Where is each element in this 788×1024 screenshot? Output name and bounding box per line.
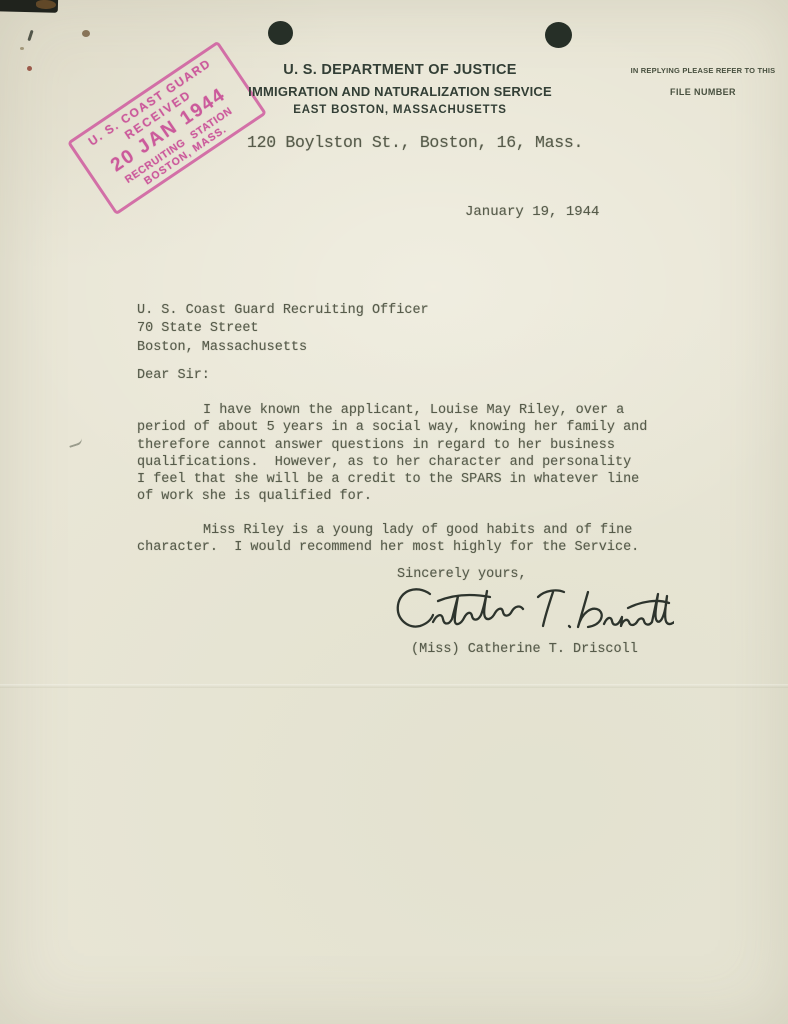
letterhead-service: IMMIGRATION AND NATURALIZATION SERVICE (240, 84, 560, 99)
received-stamp: U. S. COAST GUARD RECEIVED 20 JAN 1944 R… (67, 41, 267, 216)
file-reference-line2: FILE NUMBER (618, 87, 788, 97)
body-line: I have known the applicant, Louise May R… (137, 402, 647, 419)
body-line: Miss Riley is a young lady of good habit… (137, 522, 639, 539)
body-paragraph-2: Miss Riley is a young lady of good habit… (137, 522, 639, 557)
recipient-address: U. S. Coast Guard Recruiting Officer 70 … (137, 302, 429, 357)
salutation: Dear Sir: (137, 368, 210, 383)
pencil-tick (27, 30, 33, 41)
hole-punch-right (545, 22, 572, 48)
body-line: qualifications. However, as to her chara… (137, 454, 647, 471)
closing-phrase: Sincerely yours, (397, 567, 527, 582)
foxing-spot (27, 66, 32, 71)
letter-date: January 19, 1944 (465, 204, 599, 220)
body-line: of work she is qualified for. (137, 488, 647, 505)
recipient-line: U. S. Coast Guard Recruiting Officer (137, 302, 429, 320)
letterhead: U. S. DEPARTMENT OF JUSTICE IMMIGRATION … (240, 62, 560, 116)
typed-signature: (Miss) Catherine T. Driscoll (411, 642, 638, 657)
file-reference-line1: IN REPLYING PLEASE REFER TO THIS (618, 66, 788, 75)
foxing-spot (20, 47, 24, 50)
letter-document: U. S. COAST GUARD RECEIVED 20 JAN 1944 R… (0, 0, 788, 1024)
body-paragraph-1: I have known the applicant, Louise May R… (137, 402, 647, 506)
recipient-line: Boston, Massachusetts (137, 339, 429, 357)
recipient-line: 70 State Street (137, 320, 429, 338)
paper-fold-crease (0, 684, 788, 688)
file-reference-note: IN REPLYING PLEASE REFER TO THIS FILE NU… (618, 66, 788, 97)
body-line: therefore cannot answer questions in reg… (137, 437, 647, 454)
hole-punch-left (268, 21, 293, 45)
body-line: period of about 5 years in a social way,… (137, 419, 647, 436)
foxing-spot (82, 30, 90, 37)
handwritten-signature (392, 583, 674, 641)
pencil-check-mark (67, 434, 83, 448)
letterhead-department: U. S. DEPARTMENT OF JUSTICE (240, 62, 560, 78)
body-line: character. I would recommend her most hi… (137, 539, 639, 556)
letterhead-location: EAST BOSTON, MASSACHUSETTS (240, 104, 560, 116)
body-line: I feel that she will be a credit to the … (137, 471, 647, 488)
letterhead-street-address: 120 Boylston St., Boston, 16, Mass. (247, 133, 583, 152)
corner-stain (36, 0, 56, 9)
